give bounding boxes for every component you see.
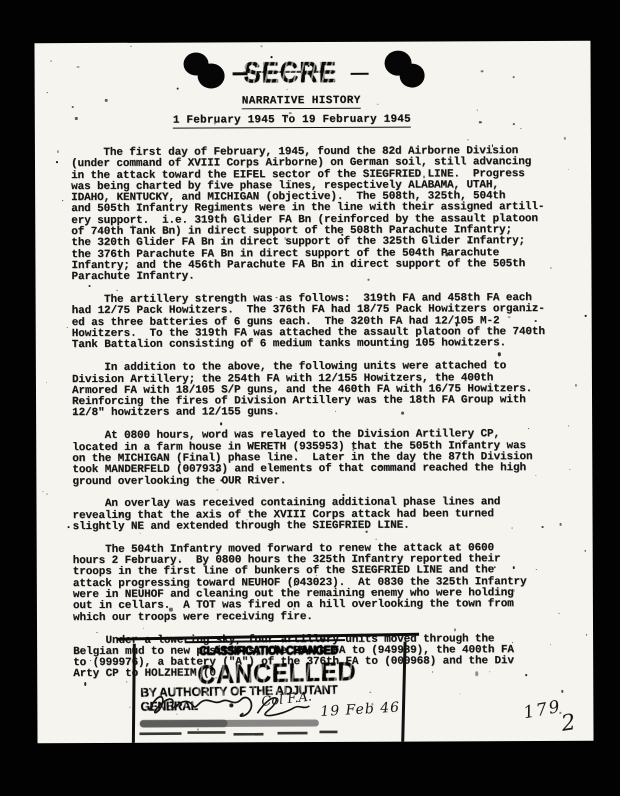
scan-speck [272, 523, 274, 525]
scan-speck [481, 70, 483, 72]
scan-speck [585, 315, 587, 316]
scanned-page: SECRET NARRATIVE HISTORY 1 February 1945… [34, 41, 593, 743]
body-paragraph: At 0800 hours, word was relayed to the D… [72, 429, 564, 488]
scan-background: { "document": { "security_stamp": "SECRE… [0, 0, 620, 796]
secret-classification-stamp: SECRET [244, 56, 336, 90]
scan-speck [268, 543, 269, 544]
scan-speck [129, 706, 130, 707]
scan-speck [476, 109, 477, 111]
scan-speck [561, 690, 563, 693]
scan-speck [401, 411, 404, 414]
scan-speck [293, 608, 295, 610]
scan-speck [513, 123, 515, 125]
scan-speck [377, 103, 379, 104]
scan-speck [584, 550, 585, 551]
scan-speck [359, 455, 361, 457]
scan-speck [366, 531, 367, 533]
scan-speck [454, 629, 456, 632]
scan-speck [467, 240, 469, 243]
scan-speck [368, 279, 370, 281]
scan-speck [232, 184, 234, 186]
document-title: NARRATIVE HISTORY [242, 95, 361, 110]
body-paragraph: The first day of February, 1945, found t… [71, 146, 564, 284]
scan-speck [72, 106, 74, 108]
scan-speck [351, 321, 352, 323]
body-paragraph: The artillery strength was as follows: 3… [72, 293, 564, 352]
scan-speck [497, 338, 498, 340]
body-paragraph: The 504th Infantry moved forward to rene… [73, 543, 565, 624]
scan-speck [542, 526, 544, 528]
scan-speck [411, 468, 412, 470]
scan-speck [493, 566, 495, 568]
scan-speck [47, 92, 48, 93]
scan-speck [177, 87, 179, 89]
scan-speck [46, 382, 47, 383]
scan-speck [237, 454, 239, 456]
scan-speck [574, 384, 576, 387]
scan-speck [343, 494, 345, 496]
scan-speck [459, 693, 460, 694]
scan-speck [568, 169, 569, 170]
scan-speck [513, 589, 515, 592]
ink-blob-icon [198, 63, 225, 88]
scan-speck [307, 65, 309, 67]
scan-speck [520, 128, 521, 130]
scan-speck [535, 321, 537, 323]
scan-speck [513, 76, 515, 78]
scan-speck [289, 112, 291, 114]
scan-speck [560, 712, 561, 713]
scan-speck [179, 559, 180, 561]
stamp-dash [351, 73, 369, 75]
scan-speck [271, 56, 273, 58]
scan-speck [46, 493, 48, 495]
scan-speck [536, 569, 537, 570]
scan-speck [42, 491, 43, 493]
scan-speck [215, 677, 217, 678]
document-date-range: 1 February 1945 To 19 February 1945 [173, 114, 411, 129]
document-body: The first day of February, 1945, found t… [71, 146, 565, 692]
scan-speck [220, 423, 222, 426]
scan-speck [371, 702, 373, 705]
scan-speck [68, 526, 70, 529]
scan-speck [169, 608, 173, 611]
scan-speck [244, 470, 246, 471]
scan-speck [50, 60, 52, 62]
scan-speck [508, 316, 510, 318]
sheet-number: 2 [560, 710, 577, 737]
scan-speck [369, 691, 371, 692]
scan-speck [77, 66, 79, 69]
scan-speck [568, 425, 569, 427]
scan-speck [57, 150, 59, 153]
page-number: 179 [522, 697, 563, 724]
scan-speck [260, 46, 262, 47]
scan-speck [135, 561, 137, 563]
scan-speck [528, 428, 529, 429]
scan-speck [214, 122, 216, 124]
classification-changed-stamp: CLASSIFICATION CHANGED [199, 643, 338, 658]
ink-blob-icon [400, 64, 425, 88]
scan-speck [586, 634, 587, 635]
scan-speck [105, 99, 108, 102]
scan-speck [455, 323, 457, 326]
scan-speck [67, 327, 68, 328]
scan-speck [564, 137, 566, 140]
scan-speck [490, 650, 491, 651]
body-paragraph: An overlay was received containing addit… [72, 497, 564, 533]
scan-speck [489, 671, 490, 672]
scan-speck [197, 728, 199, 730]
body-paragraph: In addition to the above, the following … [72, 361, 564, 420]
scan-speck [467, 139, 468, 140]
scan-speck [131, 45, 132, 46]
scan-speck [139, 532, 140, 533]
scan-speck [62, 200, 63, 201]
scan-speck [290, 180, 291, 181]
scan-speck [143, 628, 144, 629]
scan-speck [342, 234, 344, 236]
scan-speck [560, 523, 562, 525]
scan-speck [569, 469, 570, 470]
scan-speck [284, 237, 286, 240]
scan-speck [479, 121, 481, 123]
scan-speck [56, 161, 58, 162]
scan-speck [75, 117, 78, 119]
